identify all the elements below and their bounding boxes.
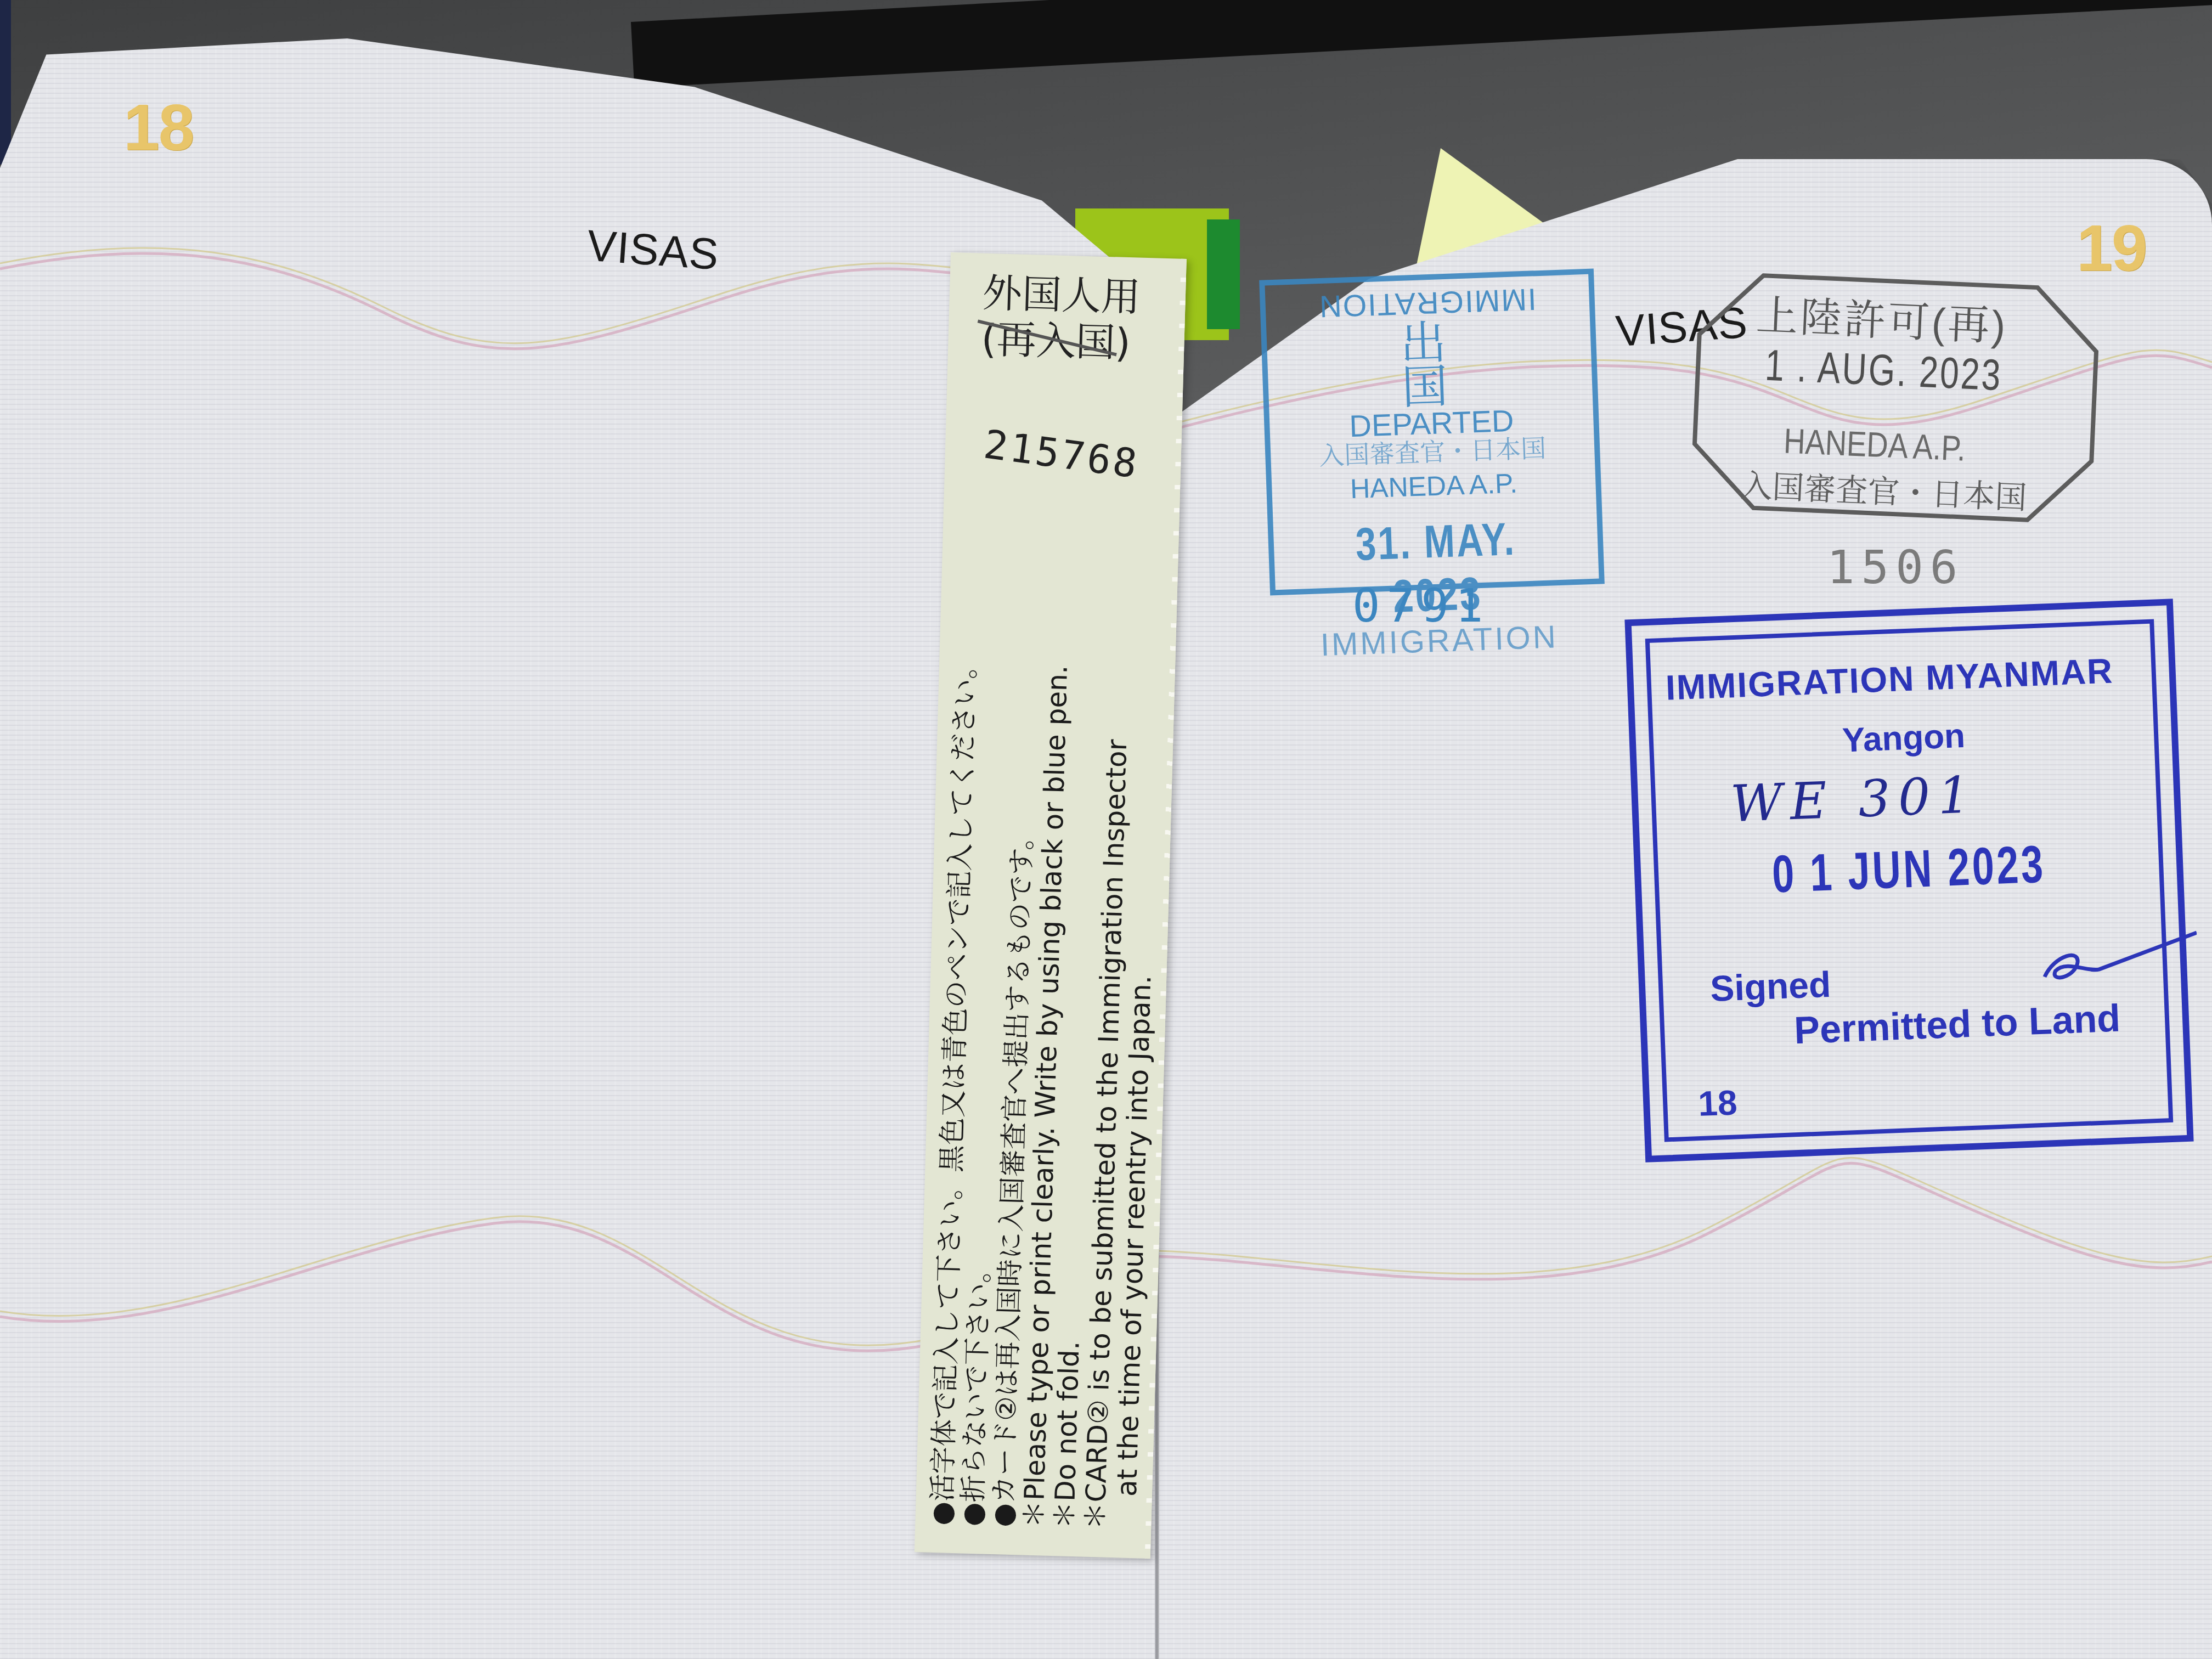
reentry-embarkation-slip: 外国人用 (再入国) 215768 ●活字体で記入して下さい。黒色又は青色のペン… xyxy=(915,252,1187,1559)
page-heading-visas-left: VISAS xyxy=(585,221,721,280)
security-wave-line-bottom-right xyxy=(1158,1136,2212,1355)
passport-cover-edge xyxy=(0,0,11,165)
page-number-left: 18 xyxy=(123,91,193,165)
haneda-landing-stamp: 上陸許可(再) 1 . AUG. 2023 HANEDA A.P. 入国審査官・… xyxy=(1688,268,2103,527)
officer-signature-scribble xyxy=(2032,927,2199,988)
slip-title-line2: (再入国) xyxy=(980,316,1163,367)
stamp-port: HANEDA A.P. xyxy=(1783,420,1967,469)
stamp-signed-label: Signed xyxy=(1709,963,1832,1009)
stamp-handwritten-flight: WE 301 xyxy=(1729,765,1978,833)
haneda-departure-stamp: IMMIGRATION 出 国 DEPARTED 入国審査官・日本国 HANED… xyxy=(1259,269,1605,596)
slip-title: 外国人用 (再入国) xyxy=(980,270,1164,367)
stamp-port: HANEDA A.P. xyxy=(1272,465,1596,508)
page-number-right: 19 xyxy=(2076,211,2146,286)
stamp-date: 1 . AUG. 2023 xyxy=(1764,340,2003,401)
stamp-counter-number: 18 xyxy=(1697,1082,1738,1124)
slip-instructions: ●活字体で記入して下さい。黒色又は青色のペンで記入してください。 ●折らないで下… xyxy=(926,510,1184,1531)
myanmar-arrival-stamp: IMMIGRATION MYANMAR Yangon WE 301 0 1 JU… xyxy=(1624,599,2193,1163)
haneda-departure-officer-code: 0791 xyxy=(1352,579,1489,633)
haneda-landing-officer-code: 1506 xyxy=(1827,540,1964,594)
slip-serial-number: 215768 xyxy=(981,421,1142,487)
stamp-kanji-departure: 出 国 xyxy=(1332,315,1593,412)
slip-title-line1: 外国人用 xyxy=(982,270,1164,321)
dark-green-paper-tab xyxy=(1207,219,1240,329)
